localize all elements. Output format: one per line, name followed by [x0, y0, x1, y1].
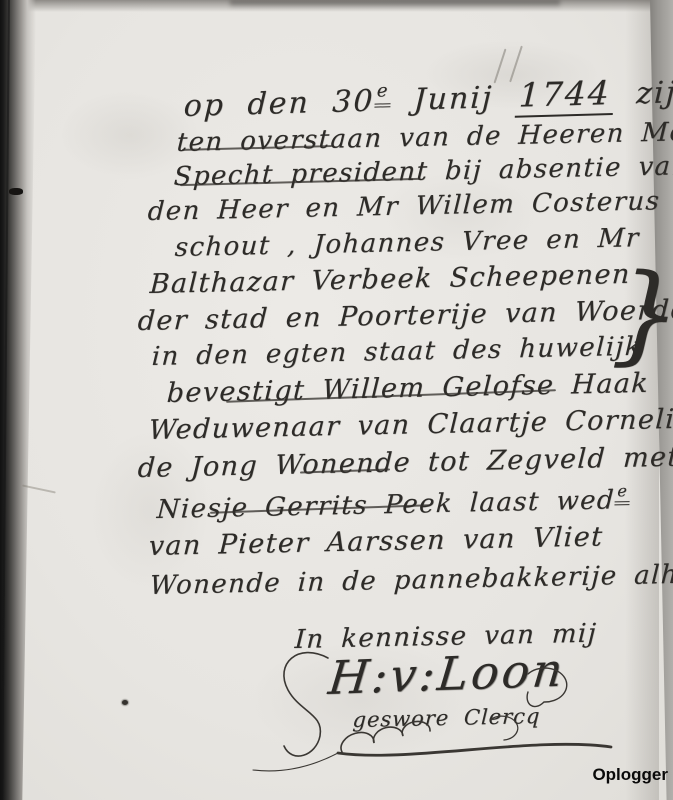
manuscript-line: Wonende in de pannebakkerije alhier — [149, 560, 673, 602]
scan-top-shadow-blotch — [230, 0, 560, 8]
date-line: op den 30e Junij 1744 zijn — [183, 72, 673, 125]
signature-flourish — [228, 640, 638, 795]
ink-blot — [122, 700, 128, 705]
manuscript-line: bevestigt Willem Gelofse Haak — [166, 368, 650, 409]
binding-nick-mark — [9, 188, 23, 195]
watermark-label: Oplogger — [588, 765, 668, 785]
manuscript-line: Niesje Gerrits Peek laast wede — [156, 482, 631, 526]
manuscript-line: Balthazar Verbeek Scheepenen — [149, 259, 631, 300]
date-ordinal-superscript: e — [374, 81, 392, 107]
manuscript-line: van Pieter Aarssen van Vliet — [148, 521, 604, 562]
superscript-abbreviation: e — [615, 482, 631, 506]
date-suffix: zijn — [636, 75, 673, 112]
manuscript-line: der stad en Poorterije van Woerden — [137, 294, 673, 337]
manuscript-line: schout , Johannes Vree en Mr — [174, 224, 640, 264]
date-prefix: op den 30 — [183, 84, 375, 124]
curly-brace-annotation: } — [610, 251, 673, 378]
manuscript-line: de Jong Wonende tot Zegveld met — [137, 442, 673, 484]
manuscript-line: in den egten staat des huwelijk — [151, 333, 643, 373]
manuscript-line: den Heer en Mr Willem Costerus — [147, 187, 661, 228]
manuscript-line: Weduwenaar van Claartje Cornelis — [148, 404, 673, 446]
scanned-page: op den 30e Junij 1744 zijn ten overstaan… — [0, 0, 673, 800]
date-month: Junij — [413, 80, 494, 117]
date-year-underlined: 1744 — [515, 73, 615, 118]
